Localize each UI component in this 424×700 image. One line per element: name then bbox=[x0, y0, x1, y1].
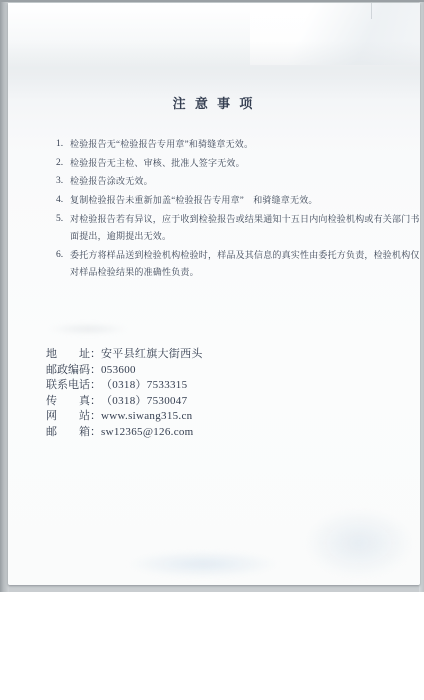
contact-value: （0318）7533315 bbox=[101, 378, 187, 394]
notice-item: 3. 检验报告涂改无效。 bbox=[56, 173, 420, 190]
paper-smudge bbox=[128, 551, 278, 577]
notice-text: 复制检验报告未重新加盖“检验报告专用章” 和骑缝章无效。 bbox=[70, 192, 420, 209]
contact-value: 安平县红旗大街西头 bbox=[101, 347, 203, 363]
notice-number: 2. bbox=[56, 155, 70, 172]
page-title: 注 意 事 项 bbox=[8, 93, 420, 112]
contact-row: 地 址： 安平县红旗大街西头 bbox=[46, 347, 203, 363]
contact-block: 地 址： 安平县红旗大街西头 邮政编码： 053600 联系电话： （0318）… bbox=[46, 347, 203, 441]
notice-number: 6. bbox=[56, 247, 70, 281]
notice-text: 检验报告无主检、审核、批准人签字无效。 bbox=[70, 155, 420, 172]
notice-number: 1. bbox=[56, 136, 70, 153]
scanned-page: 注 意 事 项 1. 检验报告无“检验报告专用章”和骑缝章无效。 2. 检验报告… bbox=[0, 0, 424, 592]
contact-value: （0318）7530047 bbox=[101, 394, 187, 410]
notice-item: 5. 对检验报告若有异议，应于收到检验报告或结果通知十五日内向检验机构或有关部门… bbox=[56, 211, 420, 245]
paper-crease bbox=[371, 3, 372, 19]
contact-label: 地 址： bbox=[46, 347, 101, 363]
paper: 注 意 事 项 1. 检验报告无“检验报告专用章”和骑缝章无效。 2. 检验报告… bbox=[8, 3, 420, 585]
notice-number: 5. bbox=[56, 211, 70, 245]
contact-label: 联系电话： bbox=[46, 378, 101, 394]
contact-value: www.siwang315.cn bbox=[101, 409, 192, 425]
contact-label: 传 真： bbox=[46, 394, 101, 410]
contact-row: 邮 箱： sw12365@126.com bbox=[46, 425, 203, 441]
notice-number: 4. bbox=[56, 192, 70, 209]
contact-row: 网 站： www.siwang315.cn bbox=[46, 409, 203, 425]
notice-item: 4. 复制检验报告未重新加盖“检验报告专用章” 和骑缝章无效。 bbox=[56, 192, 420, 209]
contact-label: 邮 箱： bbox=[46, 425, 101, 441]
contact-row: 邮政编码： 053600 bbox=[46, 363, 203, 379]
contact-value: sw12365@126.com bbox=[101, 425, 194, 441]
notice-text: 检验报告无“检验报告专用章”和骑缝章无效。 bbox=[70, 136, 420, 153]
notice-text: 检验报告涂改无效。 bbox=[70, 173, 420, 190]
notice-text: 委托方将样品送到检验机构检验时，样品及其信息的真实性由委托方负责，检验机构仅对样… bbox=[70, 247, 420, 281]
notice-item: 6. 委托方将样品送到检验机构检验时，样品及其信息的真实性由委托方负责，检验机构… bbox=[56, 247, 420, 281]
notice-list: 1. 检验报告无“检验报告专用章”和骑缝章无效。 2. 检验报告无主检、审核、批… bbox=[56, 136, 420, 283]
contact-label: 网 站： bbox=[46, 409, 101, 425]
screenshot-stage: 注 意 事 项 1. 检验报告无“检验报告专用章”和骑缝章无效。 2. 检验报告… bbox=[0, 0, 424, 700]
notice-text: 对检验报告若有异议，应于收到检验报告或结果通知十五日内向检验机构或有关部门书面提… bbox=[70, 211, 420, 245]
notice-item: 2. 检验报告无主检、审核、批准人签字无效。 bbox=[56, 155, 420, 172]
contact-label: 邮政编码： bbox=[46, 363, 101, 379]
contact-row: 联系电话： （0318）7533315 bbox=[46, 378, 203, 394]
paper-smudge bbox=[48, 323, 128, 335]
paper-shading bbox=[8, 41, 420, 101]
paper-smudge bbox=[304, 508, 414, 578]
notice-item: 1. 检验报告无“检验报告专用章”和骑缝章无效。 bbox=[56, 136, 420, 153]
scan-background bbox=[0, 592, 424, 700]
notice-number: 3. bbox=[56, 173, 70, 190]
contact-value: 053600 bbox=[101, 363, 136, 379]
contact-row: 传 真： （0318）7530047 bbox=[46, 394, 203, 410]
